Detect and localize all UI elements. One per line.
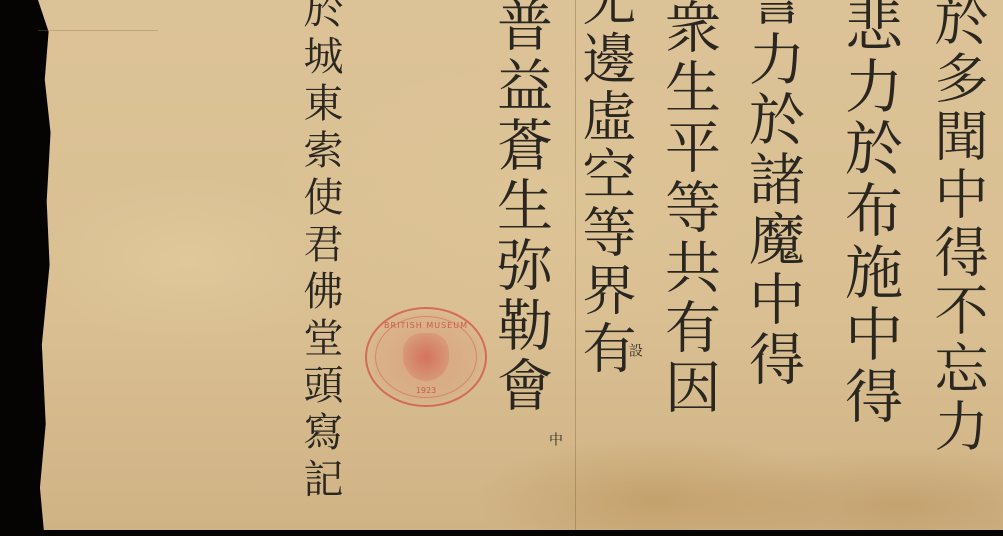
text-column-1: 於多聞中得不忘力: [930, 0, 984, 456]
text-column-6: 普益蒼生弥勒會: [492, 0, 548, 416]
museum-seal-stamp: BRITISH MUSEUM 1923: [365, 307, 487, 407]
colophon-column: 於城東索使君佛堂頭寫記: [300, 0, 340, 505]
seal-crest-icon: [403, 333, 449, 381]
manuscript-viewer: 於多聞中得不忘力 悲力於布施中得 誓力於諸魔中得 衆生平等共有因 无邊虛空等界有…: [0, 0, 1003, 536]
interlinear-note-1: 設: [625, 343, 645, 357]
text-column-2: 悲力於布施中得: [840, 0, 898, 428]
paper-fold-line: [38, 30, 158, 31]
seal-text-top: BRITISH MUSEUM: [367, 321, 485, 330]
text-column-4: 衆生平等共有因: [660, 0, 716, 418]
seal-text-bottom: 1923: [367, 386, 485, 395]
interlinear-note-2: 中: [545, 432, 565, 446]
text-column-5: 无邊虛空等界有: [578, 0, 632, 378]
text-column-3: 誓力於諸魔中得: [744, 0, 800, 390]
